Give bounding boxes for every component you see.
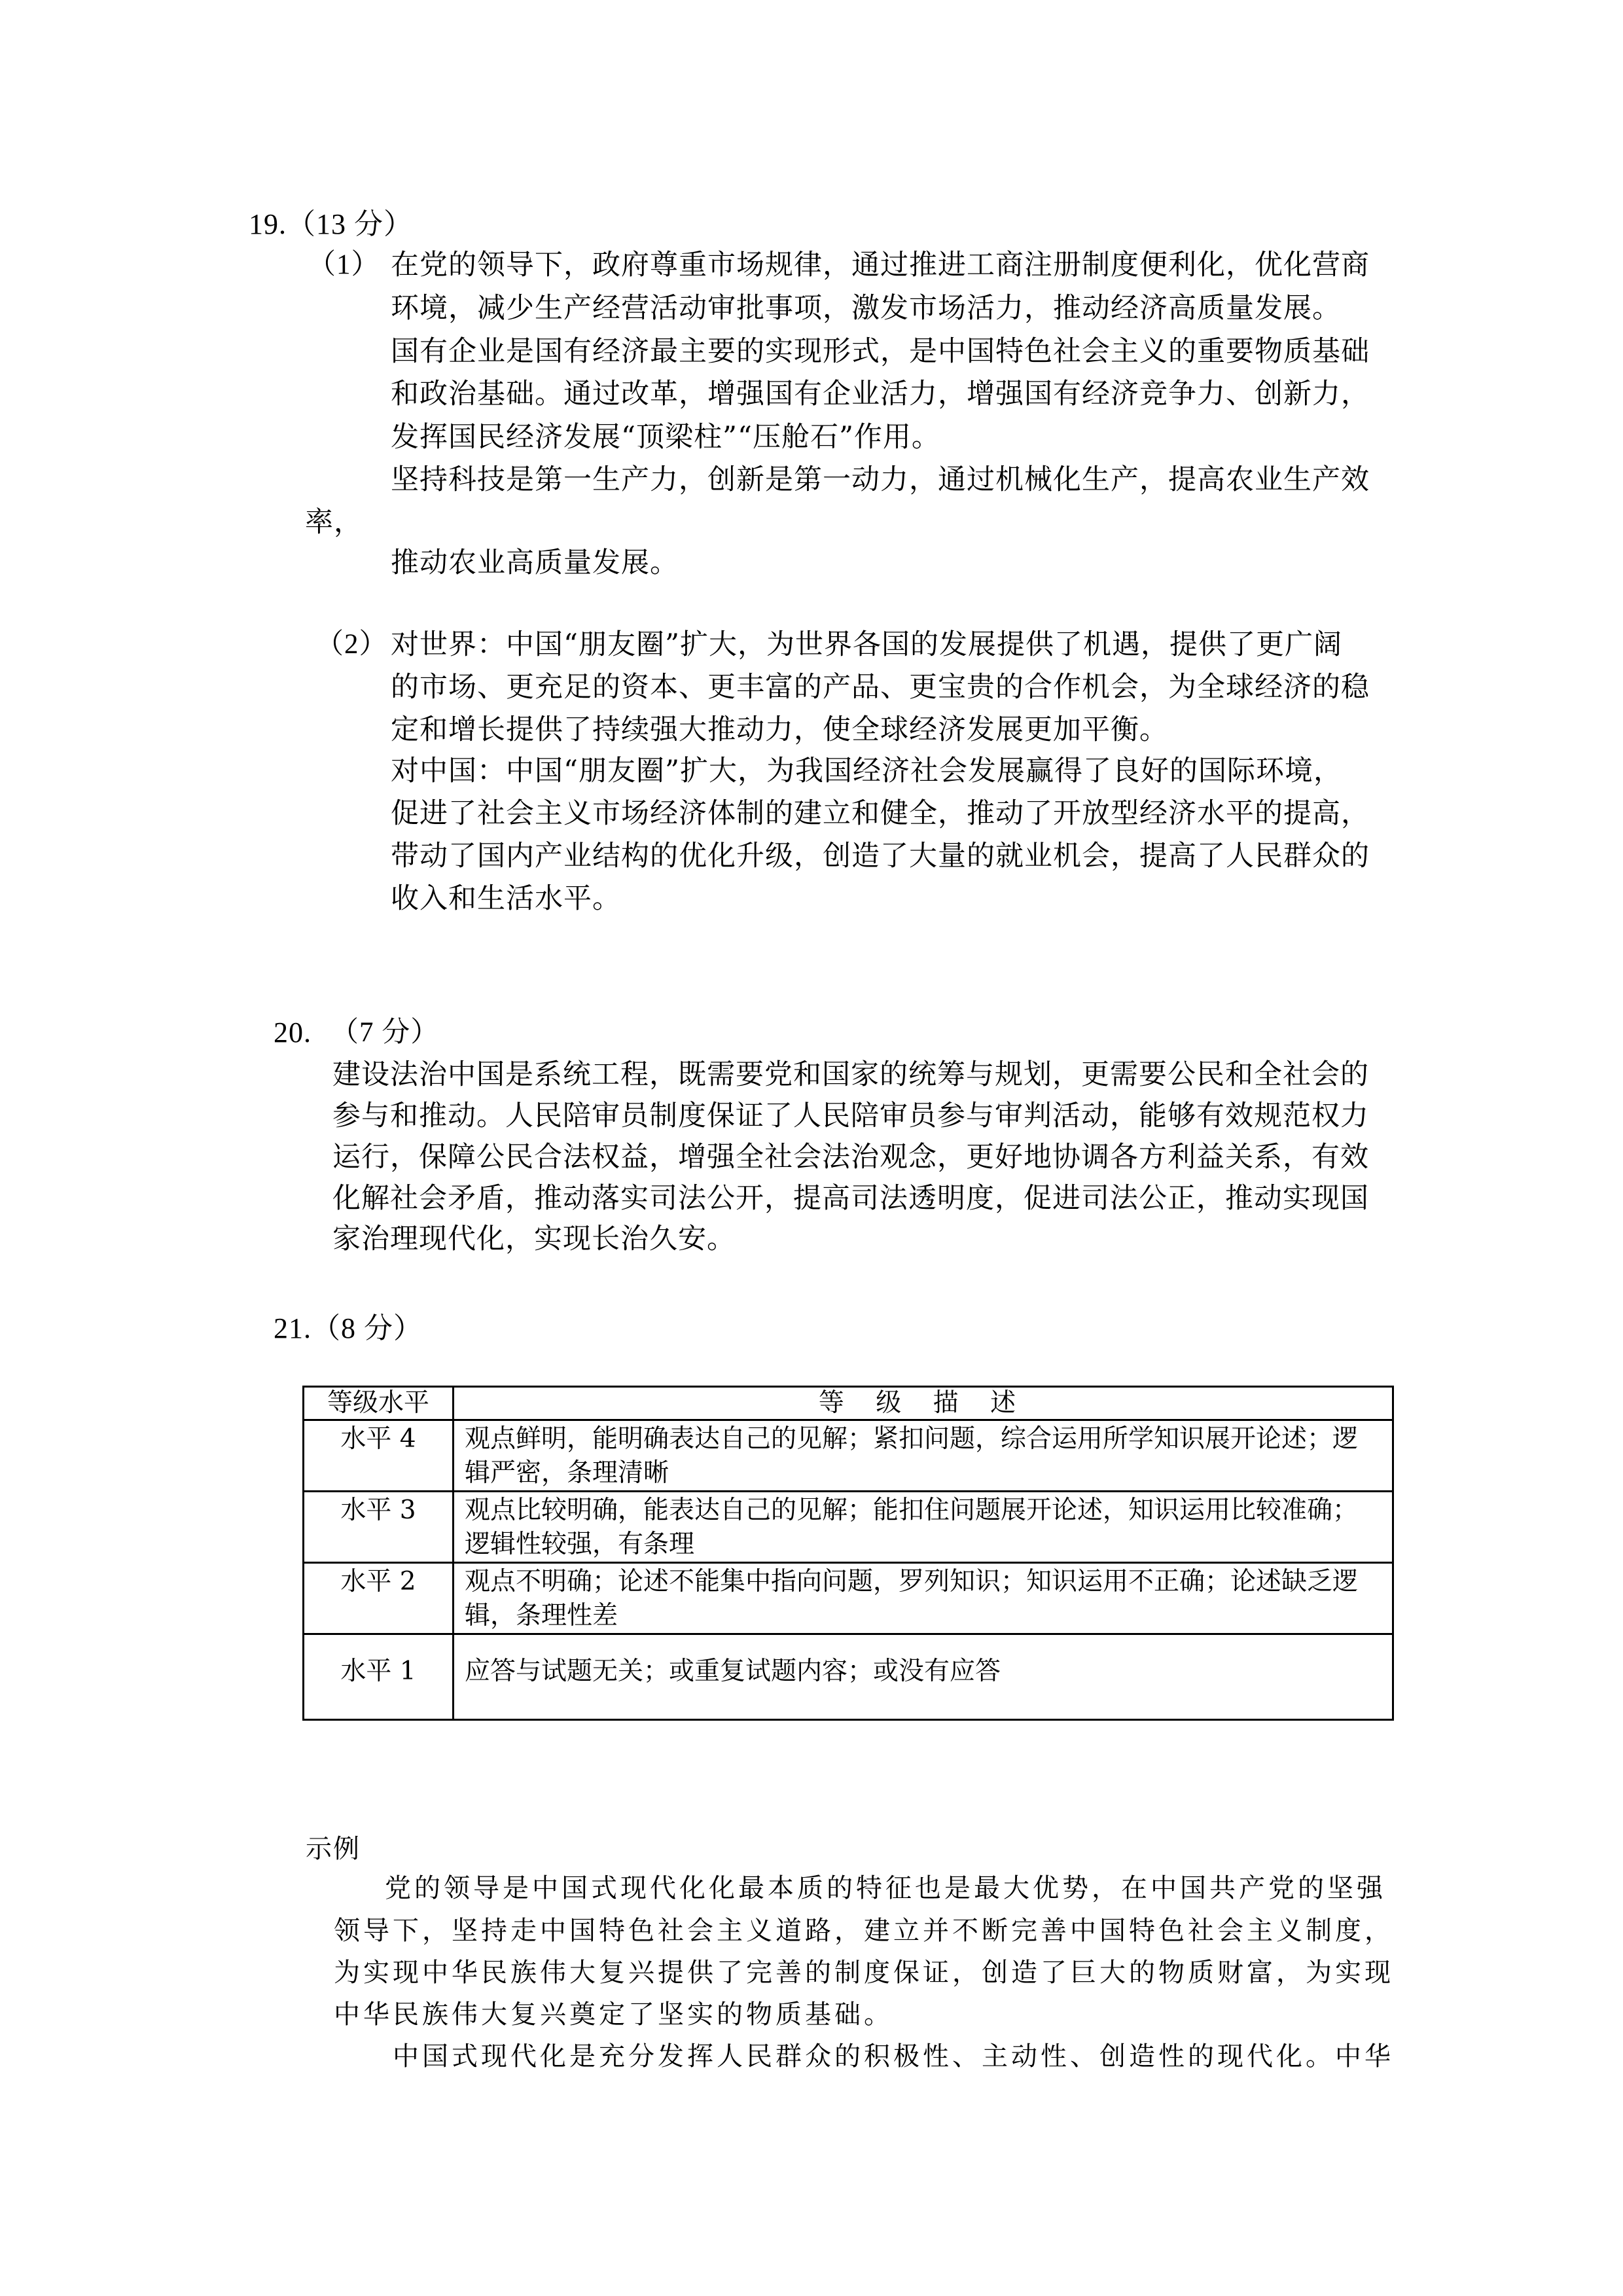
description-cell: 观点鲜明，能明确表达自己的见解；紧扣问题，综合运用所学知识展开论述；逻辑严密，条… xyxy=(454,1420,1393,1492)
q19-part1-line: 推动农业高质量发展。 xyxy=(391,547,679,579)
q19-part1-label: （1） xyxy=(308,249,380,281)
q19-part1-line: 国有企业是国有经济最主要的实现形式，是中国特色社会主义的重要物质基础 xyxy=(391,335,1370,368)
level-cell: 水平 4 xyxy=(304,1420,454,1492)
q20-heading-score: （7 分） xyxy=(330,1016,439,1049)
q19-part2-line: 收入和生活水平。 xyxy=(391,882,621,915)
table-header-row: 等级水平 等 级 描 述 xyxy=(304,1387,1393,1420)
description-cell: 观点不明确；论述不能集中指向问题，罗列知识；知识运用不正确；论述缺乏逻辑，条理性… xyxy=(454,1563,1393,1634)
q19-part1-line: 在党的领导下，政府尊重市场规律，通过推进工商注册制度便利化，优化营商 xyxy=(391,249,1370,281)
sample-line: 党的领导是中国式现代化化最本质的特征也是最大优势，在中国共产党的坚强 xyxy=(385,1872,1386,1905)
table-row: 水平 1 应答与试题无关；或重复试题内容；或没有应答 xyxy=(304,1634,1393,1720)
q20-line: 参与和推动。人民陪审员制度保证了人民陪审员参与审判活动，能够有效规范权力 xyxy=(332,1100,1369,1132)
level-cell: 水平 2 xyxy=(304,1563,454,1634)
q19-part2-label: （2） xyxy=(315,628,388,661)
q19-part2-line: 定和增长提供了持续强大推动力，使全球经济发展更加平衡。 xyxy=(391,713,1168,746)
q19-part2-line: 的市场、更充足的资本、更丰富的产品、更宝贵的合作机会，为全球经济的稳 xyxy=(391,671,1370,704)
sample-label: 示例 xyxy=(306,1833,361,1865)
table-row: 水平 4 观点鲜明，能明确表达自己的见解；紧扣问题，综合运用所学知识展开论述；逻… xyxy=(304,1420,1393,1492)
q20-line: 运行，保障公民合法权益，增强全社会法治观念，更好地协调各方利益关系，有效 xyxy=(332,1141,1369,1174)
level-cell: 水平 1 xyxy=(304,1634,454,1720)
q20-line: 建设法治中国是系统工程，既需要党和国家的统筹与规划，更需要公民和全社会的 xyxy=(332,1058,1369,1091)
header-level: 等级水平 xyxy=(304,1387,454,1420)
q19-part2-line: 促进了社会主义市场经济体制的建立和健全，推动了开放型经济水平的提高， xyxy=(391,797,1370,830)
q19-part1-line: 率， xyxy=(305,506,363,539)
q19-part1-line: 坚持科技是第一生产力，创新是第一动力，通过机械化生产，提高农业生产效 xyxy=(391,463,1370,496)
q20-line: 化解社会矛盾，推动落实司法公开，提高司法透明度，促进司法公正，推动实现国 xyxy=(332,1182,1369,1215)
sample-line: 为实现中华民族伟大复兴提供了完善的制度保证，创造了巨大的物质财富，为实现 xyxy=(334,1956,1394,1989)
header-description: 等 级 描 述 xyxy=(454,1387,1393,1420)
description-cell: 观点比较明确，能表达自己的见解；能扣住问题展开论述，知识运用比较准确；逻辑性较强… xyxy=(454,1492,1393,1563)
table-row: 水平 3 观点比较明确，能表达自己的见解；能扣住问题展开论述，知识运用比较准确；… xyxy=(304,1492,1393,1563)
q19-part1-line: 环境，减少生产经营活动审批事项，激发市场活力，推动经济高质量发展。 xyxy=(391,292,1341,325)
sample-line: 中华民族伟大复兴奠定了坚实的物质基础。 xyxy=(334,1998,893,2031)
q19-part1-line: 和政治基础。通过改革，增强国有企业活力，增强国有经济竞争力、创新力， xyxy=(391,378,1370,410)
q20-heading-number: 20. xyxy=(274,1016,312,1049)
description-cell: 应答与试题无关；或重复试题内容；或没有应答 xyxy=(454,1634,1393,1720)
q20-line: 家治理现代化，实现长治久安。 xyxy=(332,1223,736,1255)
q19-part2-line: 对中国：中国“朋友圈”扩大，为我国经济社会发展赢得了良好的国际环境， xyxy=(391,755,1342,787)
grading-rubric-table: 等级水平 等 级 描 述 水平 4 观点鲜明，能明确表达自己的见解；紧扣问题，综… xyxy=(302,1386,1394,1721)
q19-part1-line: 发挥国民经济发展“顶梁柱”“压舱石”作用。 xyxy=(391,421,940,454)
level-cell: 水平 3 xyxy=(304,1492,454,1563)
q21-heading: 21.（8 分） xyxy=(274,1312,423,1345)
sample-line: 中国式现代化是充分发挥人民群众的积极性、主动性、创造性的现代化。中华 xyxy=(393,2040,1394,2073)
q19-part2-line: 对世界：中国“朋友圈”扩大，为世界各国的发展提供了机遇，提供了更广阔 xyxy=(391,628,1342,661)
sample-line: 领导下，坚持走中国特色社会主义道路，建立并不断完善中国特色社会主义制度， xyxy=(334,1914,1394,1947)
table-row: 水平 2 观点不明确；论述不能集中指向问题，罗列知识；知识运用不正确；论述缺乏逻… xyxy=(304,1563,1393,1634)
q19-heading: 19.（13 分） xyxy=(249,208,413,241)
q19-part2-line: 带动了国内产业结构的优化升级，创造了大量的就业机会，提高了人民群众的 xyxy=(391,840,1370,872)
